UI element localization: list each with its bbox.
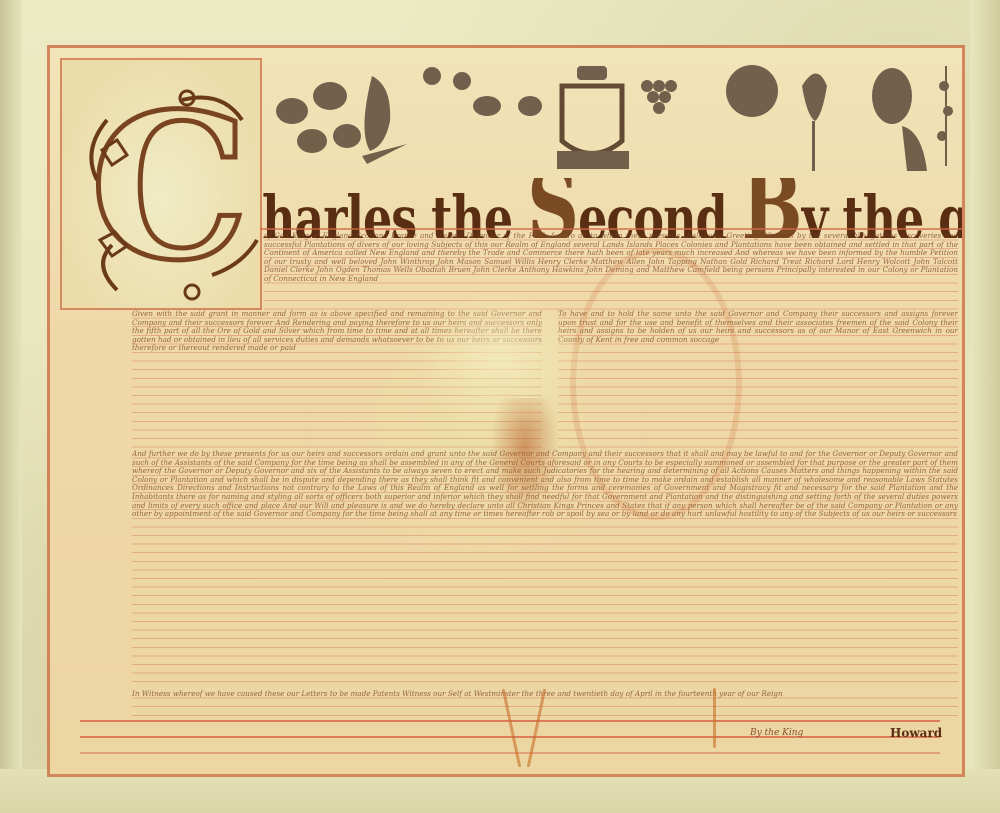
vellum-right-edge — [970, 0, 1000, 813]
charter-text-right: To have and to hold the same unto the sa… — [558, 310, 958, 450]
knotwork-flourish-icon — [62, 60, 260, 308]
illuminated-initial-panel: C — [60, 58, 262, 310]
floral-ornament-icon — [262, 56, 962, 174]
signoff-by-the-king: By the King — [750, 728, 803, 738]
charter-document: C — [47, 45, 965, 777]
vellum-left-edge — [0, 0, 22, 813]
heading-rule — [260, 228, 962, 230]
ink-run-vertical — [713, 688, 716, 748]
signature-howard: Howard — [890, 726, 942, 740]
ornament-frieze — [262, 56, 962, 174]
footer-rule-2 — [80, 736, 940, 738]
charter-text-left: Given with the said grant in manner and … — [132, 310, 542, 450]
footer-rule-3 — [80, 752, 940, 754]
charter-text-upper: of God King of England Scotland France a… — [264, 232, 958, 310]
seal-stain — [490, 398, 560, 518]
